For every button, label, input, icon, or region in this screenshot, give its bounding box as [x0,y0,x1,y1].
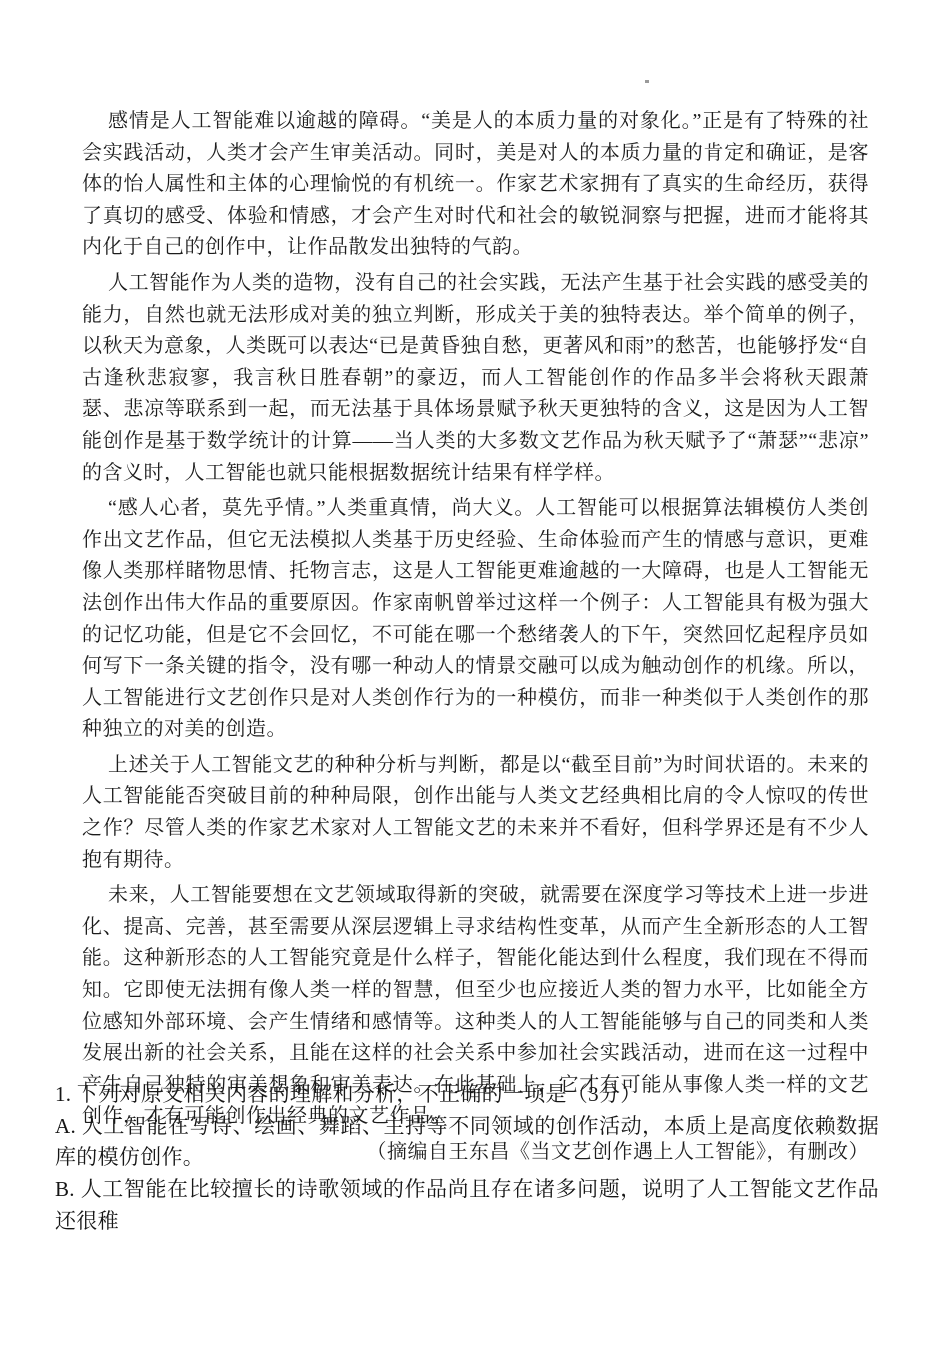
question-block: 1. 下列对原文相关内容的理解和分析，不正确的一项是（3分） A. 人工智能在写… [55,1079,879,1238]
passage-paragraph-3: “感人心者，莫先乎情。”人类重真情，尚大义。人工智能可以根据算法辑模仿人类创作出… [82,493,869,746]
reading-passage: 感情是人工智能难以逾越的障碍。“美是人的本质力量的对象化。”正是有了特殊的社会实… [82,106,869,1169]
passage-paragraph-4: 上述关于人工智能文艺的种种分析与判断，都是以“截至目前”为时间状语的。未来的人工… [82,750,869,876]
question-1-option-b: B. 人工智能在比较擅长的诗歌领域的作品尚且存在诸多问题，说明了人工智能文艺作品… [55,1174,879,1237]
passage-paragraph-2: 人工智能作为人类的造物，没有自己的社会实践，无法产生基于社会实践的感受美的能力，… [82,268,869,489]
question-1-option-a: A. 人工智能在写诗、绘画、舞蹈、主持等不同领域的创作活动，本质上是高度依赖数据… [55,1111,879,1174]
question-1-stem: 1. 下列对原文相关内容的理解和分析，不正确的一项是（3分） [55,1079,879,1111]
exam-document-page: 感情是人工智能难以逾越的障碍。“美是人的本质力量的对象化。”正是有了特殊的社会实… [0,0,950,1345]
passage-paragraph-1: 感情是人工智能难以逾越的障碍。“美是人的本质力量的对象化。”正是有了特殊的社会实… [82,106,869,264]
scan-artifact-dot [645,80,649,83]
